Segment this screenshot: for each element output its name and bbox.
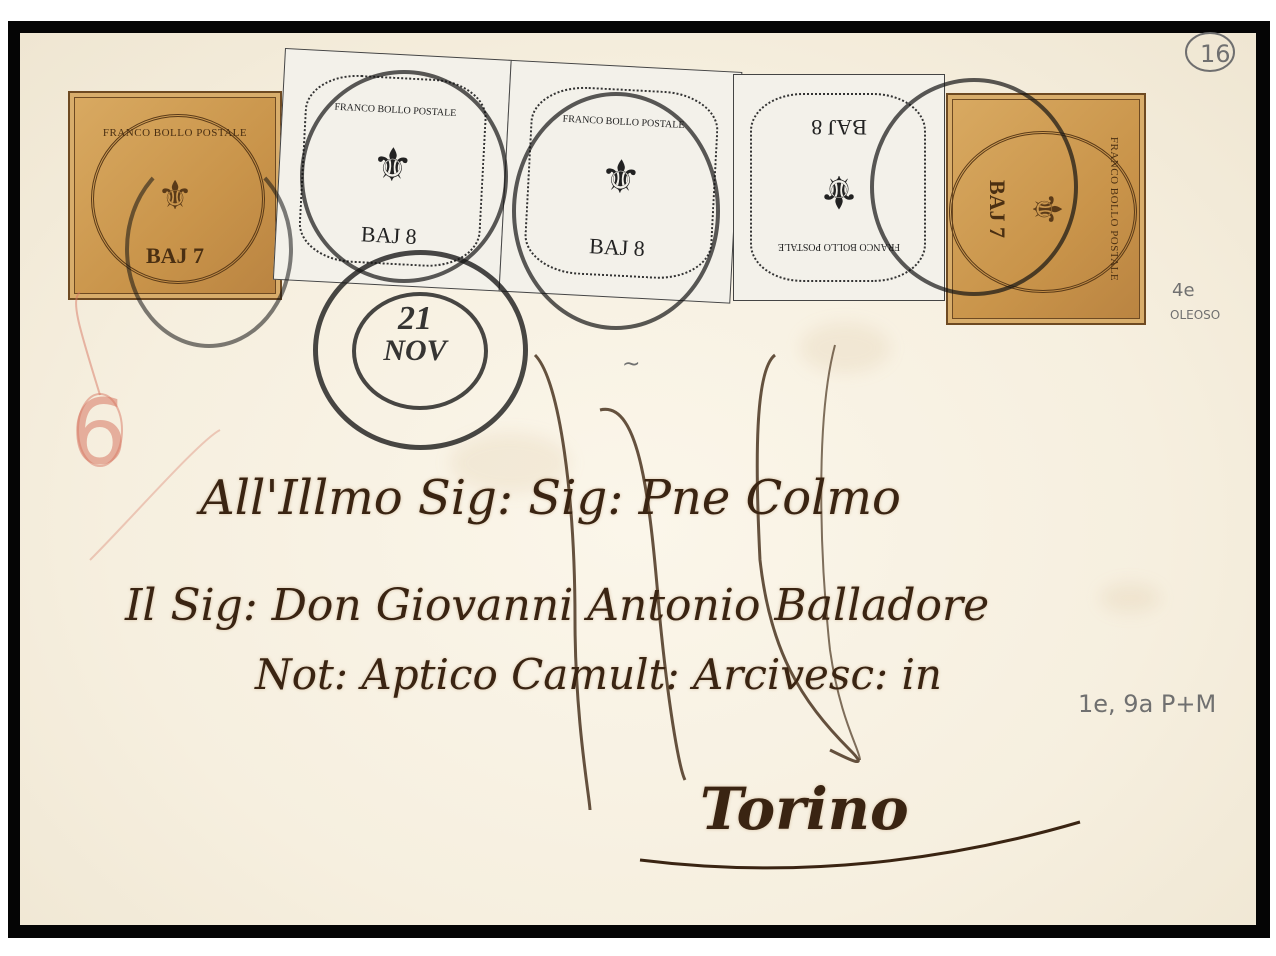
pencil-note-4e: 4e bbox=[1172, 280, 1195, 301]
red-crayon-rate-mark: 6 bbox=[70, 380, 127, 485]
pencil-small-mark: ~ bbox=[622, 352, 640, 377]
pencil-circled-number: 16 bbox=[1200, 40, 1231, 68]
pencil-catalog-reference: 1e, 9a P+M bbox=[1078, 690, 1216, 718]
address-line-2: Il Sig: Don Giovanni Antonio Balladore bbox=[125, 580, 989, 631]
address-city: Torino bbox=[700, 775, 909, 843]
address-line-1: All'Illmo Sig: Sig: Pne Colmo bbox=[200, 470, 901, 526]
address-line-3: Not: Aptico Camult: Arcivesc: in bbox=[255, 650, 942, 699]
pencil-note-oleoso: OLEOSO bbox=[1170, 308, 1220, 322]
